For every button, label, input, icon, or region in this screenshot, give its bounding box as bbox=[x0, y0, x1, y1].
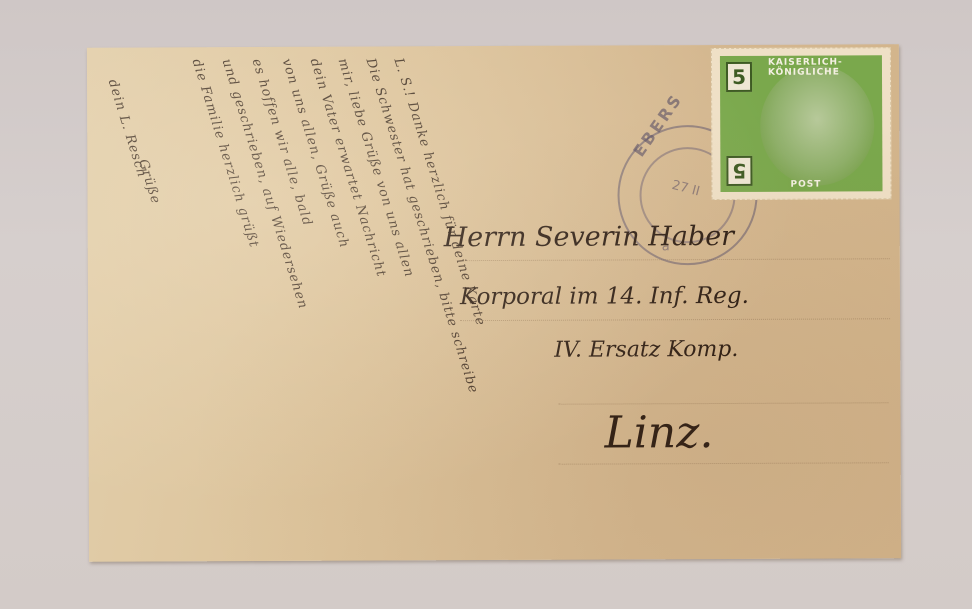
stamp-portrait bbox=[760, 65, 875, 185]
postage-stamp: 5 5 KAISERLICH-KÖNIGLICHE POST bbox=[711, 47, 892, 200]
stamp-denomination: 5 bbox=[726, 62, 752, 92]
stamp-inscription: POST bbox=[790, 180, 821, 190]
address-recipient: Herrn Severin Haber bbox=[444, 221, 734, 253]
address-rank-unit: Korporal im 14. Inf. Reg. bbox=[460, 283, 749, 310]
address-rule bbox=[559, 462, 889, 464]
message-area: L. S.! Danke herzlich für deine Karte Di… bbox=[87, 46, 449, 562]
message-signature: dein L. Resch bbox=[105, 78, 150, 180]
address-company: IV. Ersatz Komp. bbox=[554, 337, 738, 363]
stamp-denomination: 5 bbox=[726, 156, 752, 186]
address-city: Linz. bbox=[604, 407, 713, 458]
address-rule bbox=[558, 402, 888, 404]
stamp-inscription: KAISERLICH-KÖNIGLICHE bbox=[768, 57, 882, 77]
postcard: L. S.! Danke herzlich für deine Karte Di… bbox=[87, 44, 901, 562]
address-rule bbox=[460, 318, 890, 321]
